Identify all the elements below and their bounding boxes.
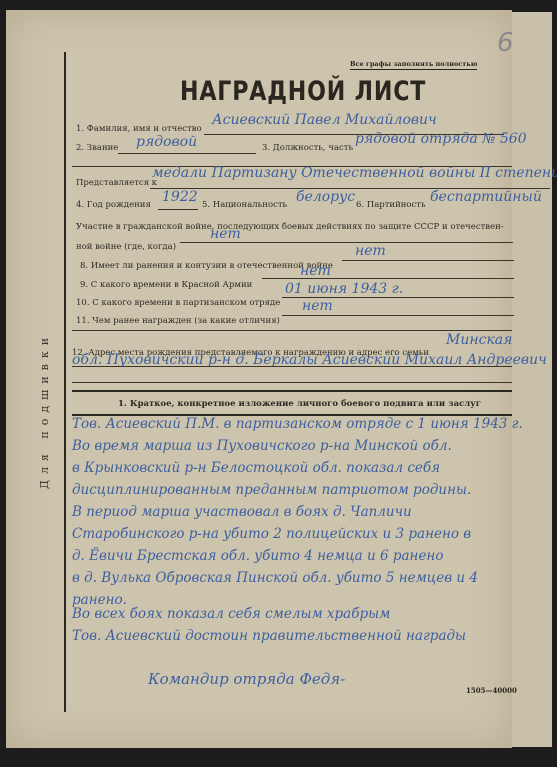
field-5: 5. Национальность — [202, 200, 287, 210]
field-10: 10. С какого времени в партизанском отря… — [76, 298, 280, 308]
field-8-value: нет — [355, 243, 386, 259]
field-5-label: 5. Национальность — [202, 200, 287, 210]
narrative-line: дисциплинированным преданным патриотом р… — [72, 482, 471, 498]
narrative-line: Во всех боях показал себя смелым храбрым — [72, 606, 390, 622]
field-1: 1. Фамилия, имя и отчество — [76, 124, 202, 134]
binding-margin-text: Для подшивки — [38, 280, 58, 540]
commander-signature: Командир отряда Федя- — [148, 670, 345, 688]
field-11-value: нет — [302, 298, 333, 314]
narrative-line: Во время марша из Пуховичского р-на Минс… — [72, 438, 452, 454]
field-4-value: 1922 — [162, 189, 198, 205]
narrative-line: Старобинского р-на убито 2 полицейских и… — [72, 526, 471, 542]
paper-edge — [512, 12, 552, 747]
presented-for: Представляется к — [76, 178, 157, 188]
narrative-line: в Крынковский р-н Белостоцкой обл. показ… — [72, 460, 440, 476]
field-12-value-line-1: Минская — [446, 332, 512, 348]
field-11: 11. Чем ранее награжден (за какие отличи… — [76, 316, 280, 326]
document-title: НАГРАДНОЙ ЛИСТ — [180, 76, 426, 107]
field-4-line — [158, 209, 198, 210]
field-2-value: рядовой — [136, 134, 197, 150]
field-8: 8. Имеет ли ранения и контузии в отечест… — [80, 261, 333, 271]
narrative-heading: 1. Краткое, конкретное изложение личного… — [118, 399, 481, 409]
field-6-label: 6. Партийность — [356, 200, 426, 210]
narrative-line: Тов. Асиевский П.М. в партизанском отряд… — [72, 416, 523, 432]
field-4: 4. Год рождения — [76, 200, 151, 210]
field-1-value: Асиевский Павел Михайлович — [212, 112, 437, 128]
binding-margin-line — [64, 52, 66, 712]
narrative-line: в д. Вулька Обровская Пинской обл. убито… — [72, 570, 478, 586]
section-divider — [72, 390, 512, 392]
field-12-line — [72, 366, 512, 367]
field-7-value: нет — [210, 226, 241, 242]
field-3-label: 3. Должность, часть — [262, 143, 353, 153]
presented-value: медали Партизану Отечественной войны II … — [152, 165, 557, 181]
field-7-line — [180, 242, 513, 243]
field-2-label: 2. Звание — [76, 143, 118, 153]
field-2: 2. Звание — [76, 143, 118, 153]
field-9: 9. С какого времени в Красной Армии — [80, 280, 252, 290]
field-10-value: 01 июня 1943 г. — [285, 281, 403, 297]
field-6-value: беспартийный — [430, 189, 542, 205]
field-9-value: нет — [300, 263, 331, 279]
presented-label: Представляется к — [76, 178, 157, 188]
fill-instruction: Все графы заполнять полностью — [350, 60, 477, 70]
field-6: 6. Партийность — [356, 200, 426, 210]
narrative-line: В период марша участвовал в боях д. Чапл… — [72, 504, 412, 520]
field-7-line-1: Участие в гражданской войне, последующих… — [76, 222, 504, 232]
field-2-line — [118, 153, 256, 154]
field-7-line-2: ной войне (где, когда) — [76, 242, 176, 252]
narrative-line: Тов. Асиевский достоин правительственной… — [72, 628, 466, 644]
field-3: 3. Должность, часть — [262, 143, 353, 153]
field-4-label: 4. Год рождения — [76, 200, 151, 210]
field-1-label: 1. Фамилия, имя и отчество — [76, 124, 202, 134]
field-3-value: рядовой отряда № 560 — [355, 131, 527, 147]
page-number: 6 — [497, 28, 514, 58]
field-12-line-2 — [72, 382, 512, 383]
narrative-line: д. Ёвичи Брестская обл. убито 4 немца и … — [72, 548, 443, 564]
field-11-line — [282, 315, 514, 316]
field-5-value: белорус — [296, 189, 355, 205]
separator — [72, 330, 512, 331]
print-code: 1505—40000 — [466, 686, 517, 695]
field-8-line — [342, 260, 514, 261]
